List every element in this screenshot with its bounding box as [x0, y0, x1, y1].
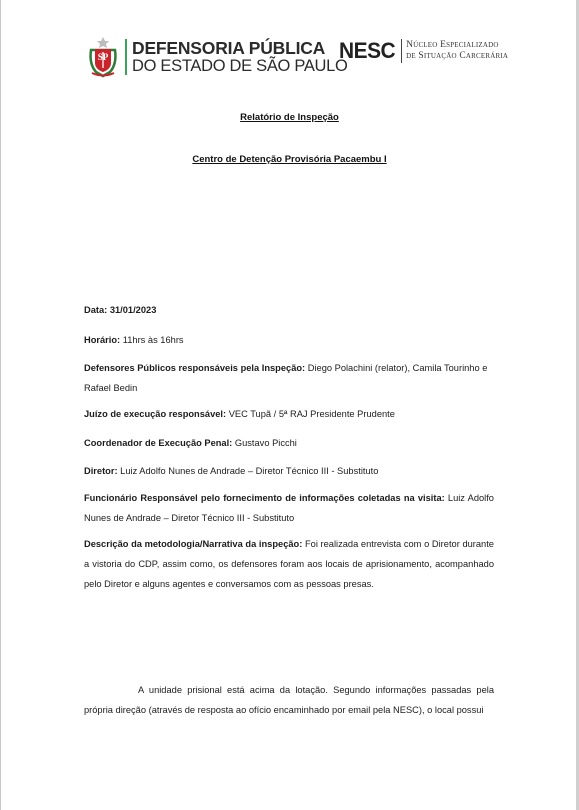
- field-methodology: Descrição da metodologia/Narrativa da in…: [84, 534, 494, 594]
- field-label: Horário:: [84, 335, 120, 345]
- nesc-line-1: Núcleo Especializado: [406, 40, 508, 51]
- field-court: Juízo de execução responsável: VEC Tupã …: [84, 404, 494, 424]
- defensoria-logo: SP DEFENSORIA PÚBLICA DO ESTADO DE SÃO P…: [86, 36, 348, 78]
- nesc-line-2: de Situação Carcerária: [406, 51, 508, 62]
- field-value: Luiz Adolfo Nunes de Andrade – Diretor T…: [118, 466, 379, 476]
- report-title: Relatório de Inspeção: [0, 112, 579, 123]
- logo-divider: [125, 39, 127, 75]
- sao-paulo-coat-of-arms-icon: SP: [86, 36, 120, 78]
- nesc-logo: NESC Núcleo Especializado de Situação Ca…: [339, 38, 508, 64]
- field-value: 31/01/2023: [107, 305, 156, 315]
- field-label: Coordenador de Execução Penal:: [84, 438, 232, 448]
- field-coordinator: Coordenador de Execução Penal: Gustavo P…: [84, 433, 494, 453]
- field-defenders: Defensores Públicos responsáveis pela In…: [84, 358, 494, 398]
- field-director: Diretor: Luiz Adolfo Nunes de Andrade – …: [84, 461, 494, 481]
- field-label: Descrição da metodologia/Narrativa da in…: [84, 539, 302, 549]
- field-responsible-official: Funcionário Responsável pelo forneciment…: [84, 488, 494, 528]
- defensoria-name: DEFENSORIA PÚBLICA: [132, 40, 348, 58]
- field-value: 11hrs às 16hrs: [120, 335, 183, 345]
- field-value: Gustavo Picchi: [232, 438, 297, 448]
- nesc-mark: NESC: [339, 38, 395, 64]
- field-label: Juízo de execução responsável:: [84, 409, 226, 419]
- field-value: VEC Tupã / 5ª RAJ Presidente Prudente: [226, 409, 395, 419]
- field-label: Diretor:: [84, 466, 118, 476]
- field-label: Defensores Públicos responsáveis pela In…: [84, 363, 305, 373]
- field-label: Data:: [84, 305, 107, 315]
- unit-title: Centro de Detenção Provisória Pacaembu I: [0, 154, 579, 165]
- field-time: Horário: 11hrs às 16hrs: [84, 330, 494, 350]
- field-date: Data: 31/01/2023: [84, 300, 494, 320]
- nesc-divider: [401, 39, 402, 63]
- body-paragraph: A unidade prisional está acima da lotaçã…: [84, 680, 494, 720]
- defensoria-state: DO ESTADO DE SÃO PAULO: [132, 58, 348, 75]
- field-label: Funcionário Responsável pelo forneciment…: [84, 493, 445, 503]
